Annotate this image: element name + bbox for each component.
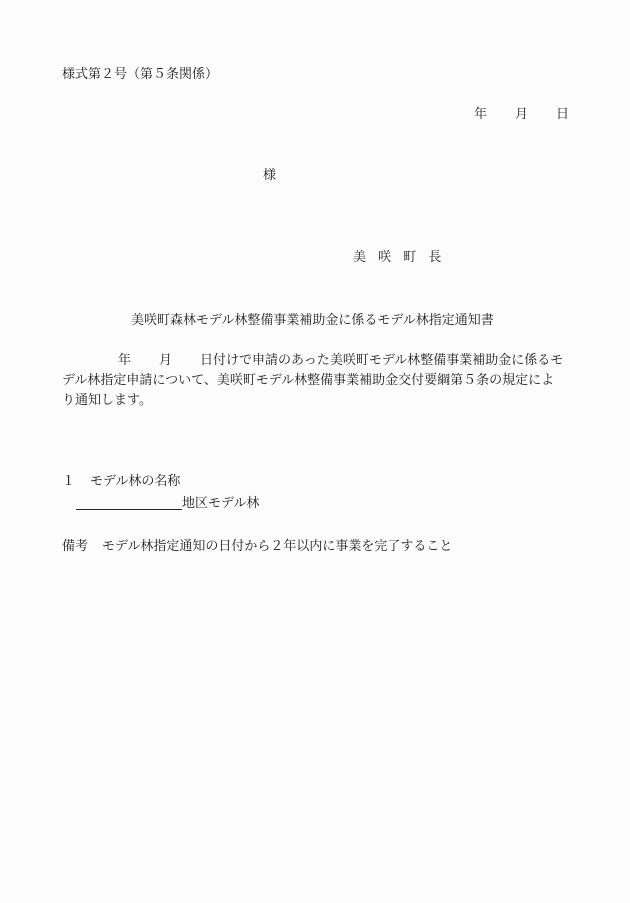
body-line-1: 年月日付けで申請のあった美咲町モデル林整備事業補助金に係るモ — [62, 351, 570, 371]
model-forest-name-field: 地区モデル林 — [76, 496, 259, 510]
form-number: 様式第２号（第５条関係） — [62, 68, 218, 81]
date-year-label: 年 — [474, 108, 487, 121]
date-month-label: 月 — [515, 108, 528, 121]
body-month-label: 月 — [159, 353, 172, 368]
date-year-blank — [487, 108, 515, 121]
body-year-label: 年 — [118, 353, 131, 368]
section-model-forest-name: １モデル林の名称 — [62, 475, 180, 488]
remarks: 備考モデル林指定通知の日付から２年以内に事業を完了すること — [62, 540, 452, 553]
section-heading: モデル林の名称 — [90, 474, 180, 489]
remarks-text: モデル林指定通知の日付から２年以内に事業を完了すること — [102, 539, 452, 554]
date-month-blank — [528, 108, 556, 121]
issuer-name: 美 咲 町 長 — [353, 251, 445, 264]
remarks-label: 備考 — [62, 540, 102, 553]
date-line: 年 月 日 — [474, 108, 569, 121]
section-number: １ — [62, 475, 90, 488]
district-name-blank — [76, 496, 182, 510]
body-paragraph: 年月日付けで申請のあった美咲町モデル林整備事業補助金に係るモ デル林指定申請につ… — [62, 351, 570, 411]
body-line-3: り通知します。 — [62, 391, 570, 411]
body-line-1-text: 日付けで申請のあった美咲町モデル林整備事業補助金に係るモ — [200, 353, 563, 368]
district-suffix: 地区モデル林 — [182, 497, 259, 510]
addressee-honorific: 様 — [263, 169, 276, 182]
document-title: 美咲町森林モデル林整備事業補助金に係るモデル林指定通知書 — [131, 314, 494, 327]
date-day-label: 日 — [556, 108, 569, 121]
body-line-2: デル林指定申請について、美咲町モデル林整備事業補助金交付要綱第５条の規定によ — [62, 371, 570, 391]
